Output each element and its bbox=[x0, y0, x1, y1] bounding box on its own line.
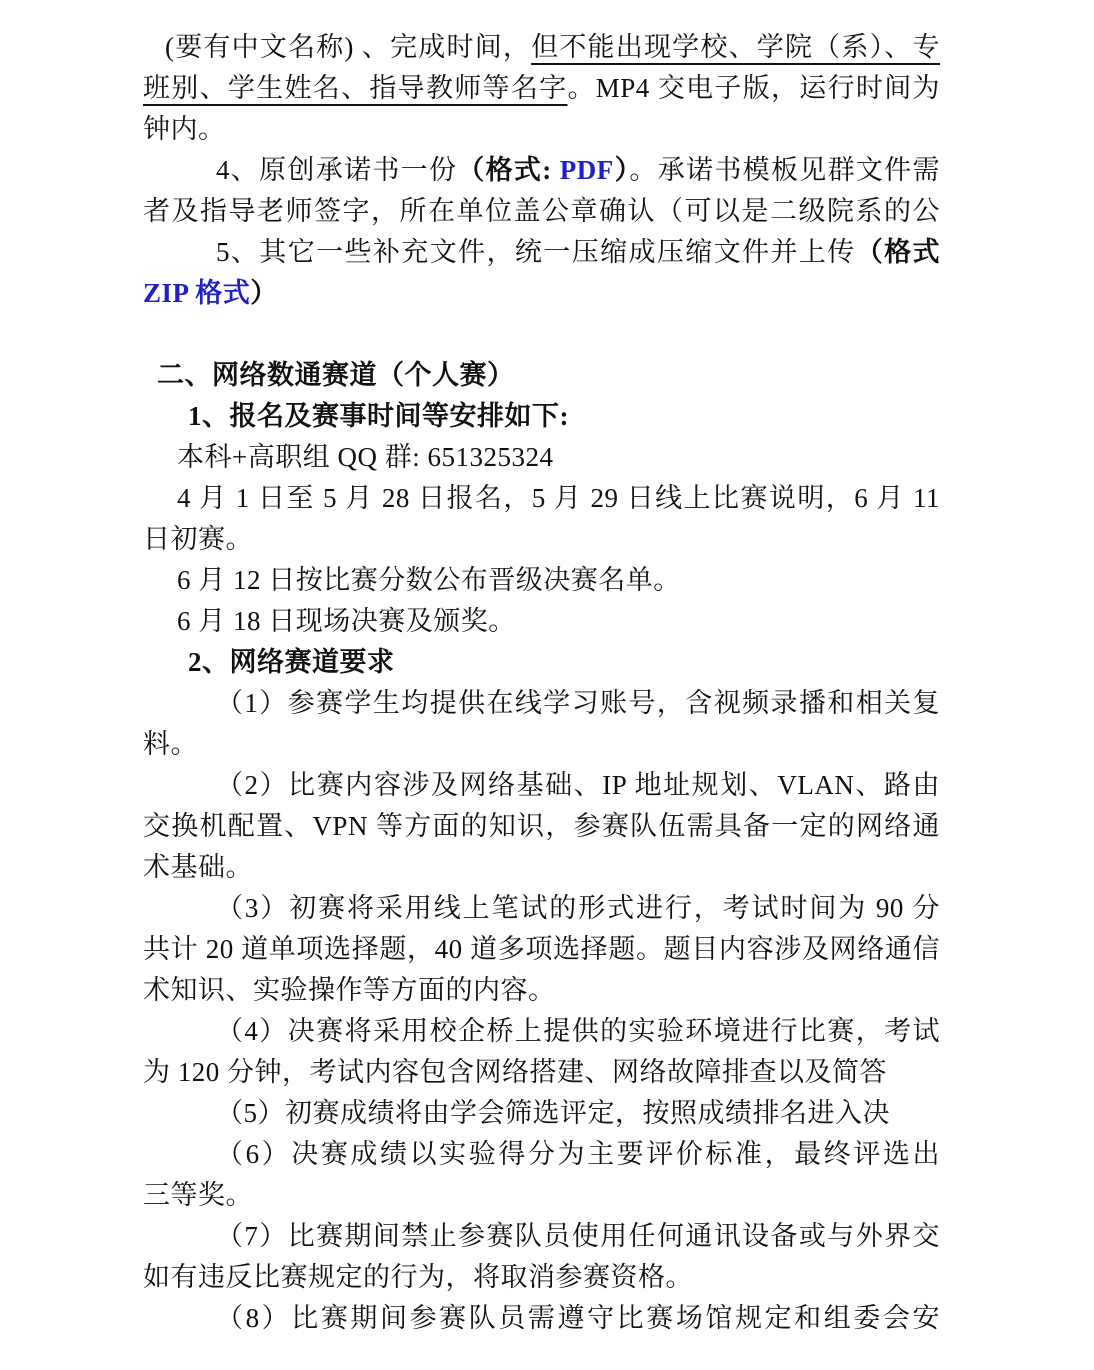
text-segment: （3）初赛将采用线上笔试的形式进行，考试时间为 90 分钟， bbox=[143, 893, 940, 929]
document-line: （3）初赛将采用线上笔试的形式进行，考试时间为 90 分钟， bbox=[143, 888, 940, 929]
text-segment: 术基础。 bbox=[143, 852, 253, 882]
bold-text: 二、网络数通赛道（个人赛） bbox=[157, 360, 515, 390]
document-line: （5）初赛成绩将由学会筛选评定，按照成绩排名进入决赛。 bbox=[143, 1093, 940, 1134]
document-line: 术基础。 bbox=[143, 847, 940, 888]
document-line: （6）决赛成绩以实验得分为主要评价标准，最终评选出一、二、 bbox=[143, 1134, 940, 1175]
document-line: 共计 20 道单项选择题，40 道多项选择题。题目内容涉及网络通信技 bbox=[143, 929, 940, 970]
document-line: 4、原创承诺书一份（格式: PDF）。承诺书模板见群文件需要作 bbox=[143, 150, 940, 191]
text-segment: （1）参赛学生均提供在线学习账号，含视频录播和相关复习资 bbox=[143, 688, 940, 724]
document-line: 者及指导老师签字，所在单位盖公章确认（可以是二级院系的公章）。 bbox=[143, 191, 940, 232]
text-segment: 者及指导老师签字，所在单位盖公章确认（可以是二级院系的公章）。 bbox=[143, 196, 940, 232]
text-segment: （5）初赛成绩将由学会筛选评定，按照成绩排名进入决赛。 bbox=[143, 1098, 890, 1134]
text-segment: （6）决赛成绩以实验得分为主要评价标准，最终评选出一、二、 bbox=[143, 1139, 940, 1175]
format-link-text: PDF bbox=[560, 155, 614, 185]
text-segment: （4）决赛将采用校企桥上提供的实验环境进行比赛，考试时间 bbox=[143, 1016, 940, 1052]
document-line: ZIP 格式） bbox=[143, 273, 940, 314]
text-segment: 4 月 1 日至 5 月 28 日报名，5 月 29 日线上比赛说明，6 月 1… bbox=[177, 483, 940, 513]
text-segment: 如有违反比赛规定的行为，将取消参赛资格。 bbox=[143, 1262, 693, 1292]
text-segment: 三等奖。 bbox=[143, 1180, 253, 1210]
document-line: 术知识、实验操作等方面的内容。 bbox=[143, 970, 940, 1011]
bold-text: ） bbox=[250, 278, 278, 308]
text-segment: (要有中文名称) 、完成时间， bbox=[165, 32, 531, 62]
document-line: 料。 bbox=[143, 724, 940, 765]
text-segment: 4、原创承诺书一份 bbox=[216, 155, 457, 185]
text-segment: 本科+高职组 QQ 群: 651325324 bbox=[177, 442, 553, 472]
text-segment: 交换机配置、VPN 等方面的知识，参赛队伍需具备一定的网络通信技 bbox=[143, 811, 940, 847]
document-line: 交换机配置、VPN 等方面的知识，参赛队伍需具备一定的网络通信技 bbox=[143, 806, 940, 847]
document-line: 本科+高职组 QQ 群: 651325324 bbox=[143, 437, 940, 478]
document-line: （4）决赛将采用校企桥上提供的实验环境进行比赛，考试时间 bbox=[143, 1011, 940, 1052]
document-line: （7）比赛期间禁止参赛队员使用任何通讯设备或与外界交流。 bbox=[143, 1216, 940, 1257]
document-line: 班别、学生姓名、指导教师等名字。MP4 交电子版，运行时间为 6 分 bbox=[143, 68, 940, 109]
text-segment: 共计 20 道单项选择题，40 道多项选择题。题目内容涉及网络通信技 bbox=[143, 934, 940, 970]
text-segment: （7）比赛期间禁止参赛队员使用任何通讯设备或与外界交流。 bbox=[143, 1221, 940, 1257]
document-line: 5、其它一些补充文件，统一压缩成压缩文件并上传（格式要求: bbox=[143, 232, 940, 273]
text-segment: 日初赛。 bbox=[143, 524, 253, 554]
document-line: 如有违反比赛规定的行为，将取消参赛资格。 bbox=[143, 1257, 940, 1298]
text-segment: 6 月 12 日按比赛分数公布晋级决赛名单。 bbox=[177, 565, 681, 595]
document-line: (要有中文名称) 、完成时间，但不能出现学校、学院（系）、专业 bbox=[143, 27, 940, 68]
document-line: 6 月 18 日现场决赛及颁奖。 bbox=[143, 601, 940, 642]
document-line: （1）参赛学生均提供在线学习账号，含视频录播和相关复习资 bbox=[143, 683, 940, 724]
document-line: 钟内。 bbox=[143, 109, 940, 150]
bold-text: 2、网络赛道要求 bbox=[188, 647, 395, 677]
blank-line bbox=[143, 314, 940, 355]
document-line: 2、网络赛道要求 bbox=[143, 642, 940, 683]
bold-text: 1、报名及赛事时间等安排如下: bbox=[188, 401, 569, 431]
document-line: 1、报名及赛事时间等安排如下: bbox=[143, 396, 940, 437]
document-page: (要有中文名称) 、完成时间，但不能出现学校、学院（系）、专业班别、学生姓名、指… bbox=[0, 0, 1094, 1370]
text-segment: 为 120 分钟，考试内容包含网络搭建、网络故障排查以及简答题。 bbox=[143, 1057, 887, 1093]
document-line: 二、网络数通赛道（个人赛） bbox=[143, 355, 940, 396]
text-segment: 钟内。 bbox=[143, 114, 226, 144]
text-segment: 6 月 18 日现场决赛及颁奖。 bbox=[177, 606, 516, 636]
document-line: （8）比赛期间参赛队员需遵守比赛场馆规定和组委会安排，确 bbox=[143, 1298, 940, 1339]
document-line: 4 月 1 日至 5 月 28 日报名，5 月 29 日线上比赛说明，6 月 1… bbox=[143, 478, 940, 519]
bold-text: （格式: bbox=[457, 155, 559, 185]
text-segment: （2）比赛内容涉及网络基础、IP 地址规划、VLAN、路由协议、 bbox=[143, 770, 940, 806]
document-line: （2）比赛内容涉及网络基础、IP 地址规划、VLAN、路由协议、 bbox=[143, 765, 940, 806]
text-segment: 5、其它一些补充文件，统一压缩成压缩文件并上传 bbox=[216, 237, 856, 267]
document-line: 为 120 分钟，考试内容包含网络搭建、网络故障排查以及简答题。 bbox=[143, 1052, 940, 1093]
document-line: 6 月 12 日按比赛分数公布晋级决赛名单。 bbox=[143, 560, 940, 601]
text-segment: 料。 bbox=[143, 729, 198, 759]
text-segment: （8）比赛期间参赛队员需遵守比赛场馆规定和组委会安排，确 bbox=[143, 1303, 940, 1339]
format-link-text: ZIP 格式 bbox=[143, 278, 250, 308]
document-line: 三等奖。 bbox=[143, 1175, 940, 1216]
underlined-text: 班别、学生姓名、指导教师等名字 bbox=[143, 73, 567, 103]
bold-text: ） bbox=[614, 155, 630, 185]
document-line: 日初赛。 bbox=[143, 519, 940, 560]
text-segment: 术知识、实验操作等方面的内容。 bbox=[143, 975, 556, 1005]
